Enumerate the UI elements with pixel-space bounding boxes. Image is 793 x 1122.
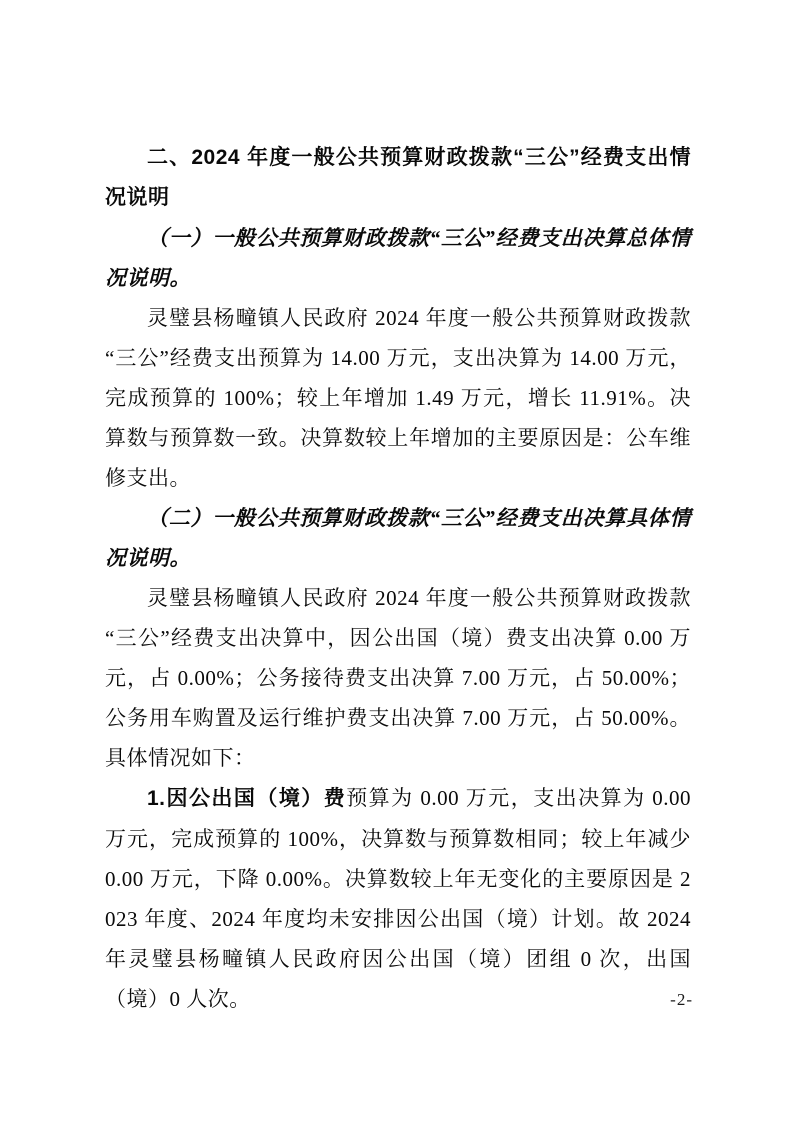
item1-body-text: 预算为 0.00 万元，支出决算为 0.00 万元，完成预算的 100%，决算数… — [105, 786, 691, 1011]
page-number: -2- — [670, 988, 693, 1012]
paragraph-item1-abroad-expense: 1.因公出国（境）费预算为 0.00 万元，支出决算为 0.00 万元，完成预算… — [105, 778, 691, 1019]
section-heading-main: 二、2024 年度一般公共预算财政拨款“三公”经费支出情况说明 — [105, 138, 691, 218]
subsection-heading-overall: （一）一般公共预算财政拨款“三公”经费支出决算总体情况说明。 — [105, 218, 691, 298]
paragraph-overall-situation: 灵璧县杨疃镇人民政府 2024 年度一般公共预算财政拨款“三公”经费支出预算为 … — [105, 298, 691, 498]
document-page: 二、2024 年度一般公共预算财政拨款“三公”经费支出情况说明 （一）一般公共预… — [0, 0, 793, 1122]
document-body: 二、2024 年度一般公共预算财政拨款“三公”经费支出情况说明 （一）一般公共预… — [105, 138, 691, 1019]
subsection-heading-specific: （二）一般公共预算财政拨款“三公”经费支出决算具体情况说明。 — [105, 498, 691, 578]
paragraph-specific-situation: 灵璧县杨疃镇人民政府 2024 年度一般公共预算财政拨款“三公”经费支出决算中，… — [105, 578, 691, 778]
item1-bold-label: 1.因公出国（境）费 — [147, 787, 346, 810]
